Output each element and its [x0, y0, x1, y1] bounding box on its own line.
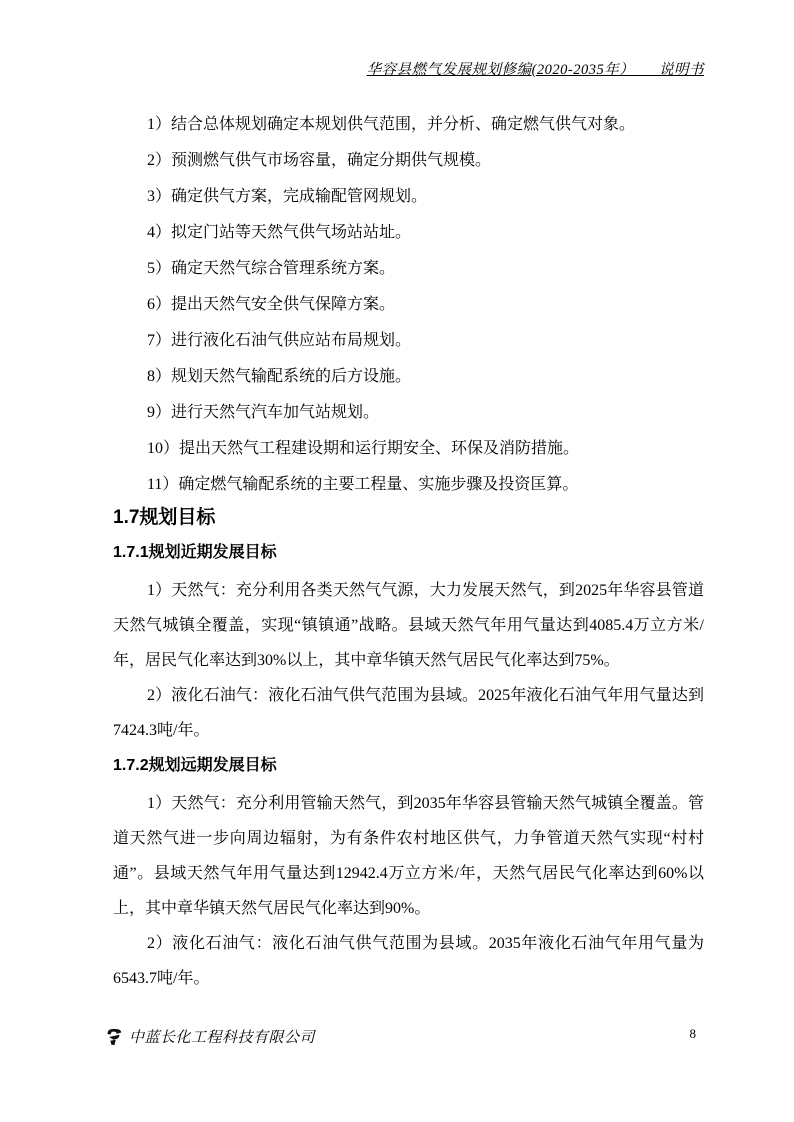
far-term-paragraph-lpg: 2）液化石油气：液化石油气供气范围为县域。2035年液化石油气年用气量为6543…: [113, 926, 704, 996]
task-item-11: 11）确定燃气输配系统的主要工程量、实施步骤及投资匡算。: [113, 467, 704, 503]
task-item-1: 1）结合总体规划确定本规划供气范围，并分析、确定燃气供气对象。: [113, 107, 704, 143]
subsection-heading-near-term: 1.7.1规划近期发展目标: [113, 543, 704, 563]
task-item-3: 3）确定供气方案，完成输配管网规划。: [113, 179, 704, 215]
page-header: 华容县燃气发展规划修编(2020-2035年） 说明书: [0, 58, 794, 79]
page-number: 8: [690, 1026, 697, 1042]
footer-company-name: 中蓝长化工程科技有限公司: [129, 1026, 315, 1047]
task-list: 1）结合总体规划确定本规划供气范围，并分析、确定燃气供气对象。 2）预测燃气供气…: [113, 107, 704, 503]
task-item-4: 4）拟定门站等天然气供气场站站址。: [113, 215, 704, 251]
task-item-7: 7）进行液化石油气供应站布局规划。: [113, 323, 704, 359]
section-heading-planning-goals: 1.7规划目标: [113, 505, 704, 531]
task-item-8: 8）规划天然气输配系统的后方设施。: [113, 359, 704, 395]
task-item-10: 10）提出天然气工程建设期和运行期安全、环保及消防措施。: [113, 431, 704, 467]
subsection-heading-far-term: 1.7.2规划远期发展目标: [113, 756, 704, 776]
document-content: 1）结合总体规划确定本规划供气范围，并分析、确定燃气供气对象。 2）预测燃气供气…: [113, 107, 704, 996]
company-logo-icon: [105, 1027, 123, 1047]
task-item-2: 2）预测燃气供气市场容量，确定分期供气规模。: [113, 143, 704, 179]
page-footer: 中蓝长化工程科技有限公司: [105, 1026, 315, 1047]
document-page: 华容县燃气发展规划修编(2020-2035年） 说明书 1）结合总体规划确定本规…: [0, 0, 794, 1122]
task-item-9: 9）进行天然气汽车加气站规划。: [113, 395, 704, 431]
task-item-6: 6）提出天然气安全供气保障方案。: [113, 287, 704, 323]
running-head: 华容县燃气发展规划修编(2020-2035年） 说明书: [367, 62, 704, 78]
task-item-5: 5）确定天然气综合管理系统方案。: [113, 251, 704, 287]
far-term-paragraph-natural-gas: 1）天然气：充分利用管输天然气，到2035年华容县管输天然气城镇全覆盖。管道天然…: [113, 786, 704, 926]
near-term-paragraph-lpg: 2）液化石油气：液化石油气供气范围为县域。2025年液化石油气年用气量达到742…: [113, 678, 704, 748]
near-term-paragraph-natural-gas: 1）天然气：充分利用各类天然气气源，大力发展天然气，到2025年华容县管道天然气…: [113, 573, 704, 678]
